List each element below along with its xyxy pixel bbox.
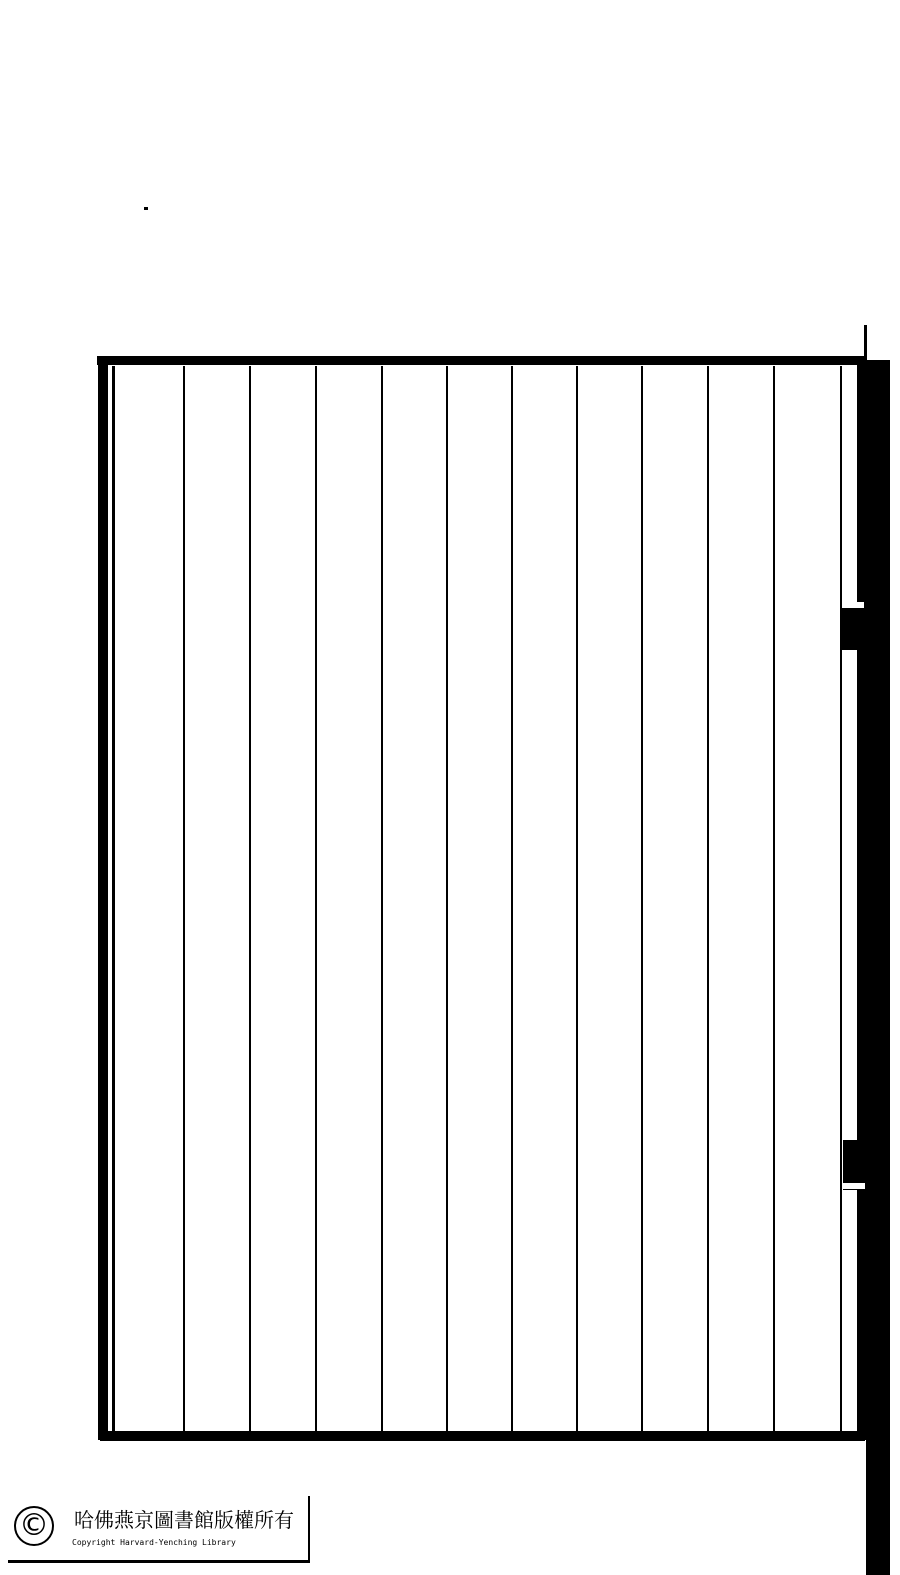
column-rule-line	[381, 366, 383, 1432]
column-rule-line	[773, 366, 775, 1432]
frame-top-border	[97, 356, 865, 365]
page-frame	[0, 0, 900, 1575]
copyright-english-text: Copyright Harvard-Yenching Library	[72, 1538, 236, 1547]
copyright-watermark: © 哈佛燕京圖書館版權所有 Copyright Harvard-Yenching…	[8, 1496, 310, 1563]
column-rule-line	[315, 366, 317, 1432]
frame-left-border	[98, 358, 108, 1440]
column-rule-line	[249, 366, 251, 1432]
column-rule-line	[446, 366, 448, 1432]
copyright-icon: ©	[14, 1506, 54, 1546]
column-rule-line	[641, 366, 643, 1432]
column-rule-line	[183, 366, 185, 1432]
frame-left-inner-line	[112, 366, 115, 1434]
spine-notch-upper-gap	[842, 602, 864, 608]
column-rule-line	[707, 366, 709, 1432]
scanned-page: © 哈佛燕京圖書館版權所有 Copyright Harvard-Yenching…	[0, 0, 900, 1575]
column-rule-line	[840, 366, 842, 1432]
column-rule-line	[511, 366, 513, 1432]
spine-dark-strip	[866, 360, 890, 1575]
spine-notch-upper	[842, 602, 866, 650]
copyright-chinese-text: 哈佛燕京圖書館版權所有	[74, 1504, 294, 1533]
column-rule-line	[576, 366, 578, 1432]
frame-bottom-border	[100, 1431, 865, 1441]
spine-notch-lower-gap	[843, 1183, 865, 1189]
